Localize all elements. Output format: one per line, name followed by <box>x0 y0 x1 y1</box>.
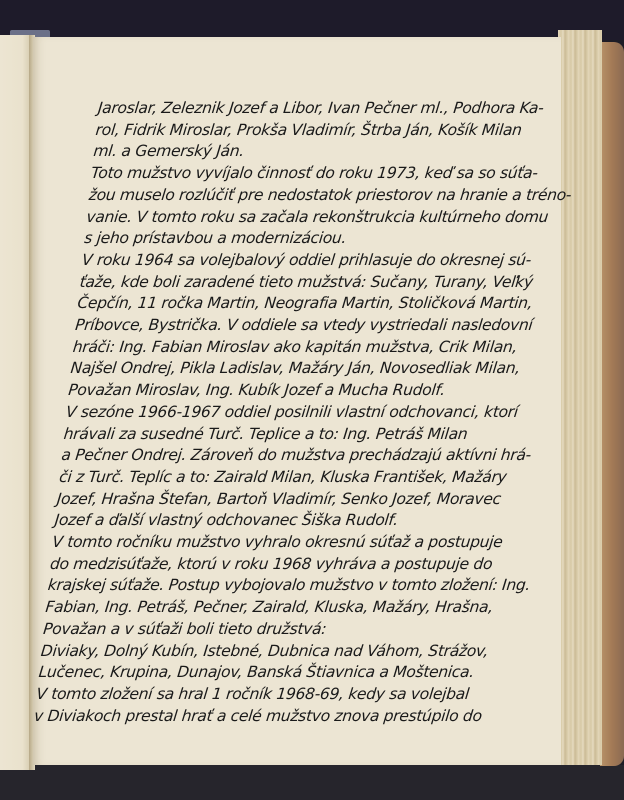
text-line: Príbovce, Bystrička. V oddiele sa vtedy … <box>74 315 566 337</box>
text-line: s jeho prístavbou a modernizáciou. <box>83 228 575 250</box>
text-line: hráči: Ing. Fabian Miroslav ako kapitán … <box>72 337 564 359</box>
text-line: v Diviakoch prestal hrať a celé mužstvo … <box>33 706 525 728</box>
text-line: Považan a v súťaži boli tieto družstvá: <box>42 619 534 641</box>
book-cover-edge <box>600 42 624 766</box>
text-line: ml. a Gemerský Ján. <box>92 141 584 163</box>
text-line: Najšel Ondrej, Pikla Ladislav, Mažáry Já… <box>69 358 561 380</box>
background-top <box>0 0 624 40</box>
text-line: Diviaky, Dolný Kubín, Istebné, Dubnica n… <box>40 641 532 663</box>
text-line: rol, Fidrik Miroslar, Prokša Vladimír, Š… <box>95 120 587 142</box>
left-page-edge <box>0 35 32 770</box>
text-line: Považan Miroslav, Ing. Kubík Jozef a Muc… <box>67 380 559 402</box>
handwritten-text: Jaroslar, Zeleznik Jozef a Libor, Ivan P… <box>33 98 589 727</box>
text-line: Čepčín, 11 ročka Martin, Neografia Marti… <box>76 293 568 315</box>
text-line: hrávali za susedné Turč. Teplice a to: I… <box>63 424 555 446</box>
text-line: Jaroslar, Zeleznik Jozef a Libor, Ivan P… <box>97 98 589 120</box>
text-line: Lučenec, Krupina, Dunajov, Banská Štiavn… <box>37 662 529 684</box>
text-line: Toto mužstvo vyvíjalo činnosť do roku 19… <box>90 163 582 185</box>
text-line: ťaže, kde boli zaradené tieto mužstvá: S… <box>79 272 571 294</box>
text-line: žou muselo rozlúčiť pre nedostatok pries… <box>88 185 580 207</box>
text-line: či z Turč. Teplíc a to: Zairald Milan, K… <box>58 467 550 489</box>
text-line: Fabian, Ing. Petráš, Pečner, Zairald, Kl… <box>44 597 536 619</box>
text-line: krajskej súťaže. Postup vybojovalo mužst… <box>47 575 539 597</box>
text-line: vanie. V tomto roku sa začala rekonštruk… <box>85 207 577 229</box>
text-line: Jozef a ďalší vlastný odchovanec Šiška R… <box>53 510 545 532</box>
text-line: V sezóne 1966-1967 oddiel posilnili vlas… <box>65 402 557 424</box>
text-line: V roku 1964 sa volejbalový oddiel prihla… <box>81 250 573 272</box>
text-line: a Pečner Ondrej. Zároveň do mužstva prec… <box>60 445 552 467</box>
text-line: V tomto zložení sa hral 1 ročník 1968-69… <box>35 684 527 706</box>
text-line: do medzisúťaže, ktorú v roku 1968 vyhráv… <box>49 554 541 576</box>
text-line: Jozef, Hrašna Štefan, Bartoň Vladimír, S… <box>56 489 548 511</box>
text-line: V tomto ročníku mužstvo vyhralo okresnú … <box>51 532 543 554</box>
background-bottom <box>0 765 624 800</box>
